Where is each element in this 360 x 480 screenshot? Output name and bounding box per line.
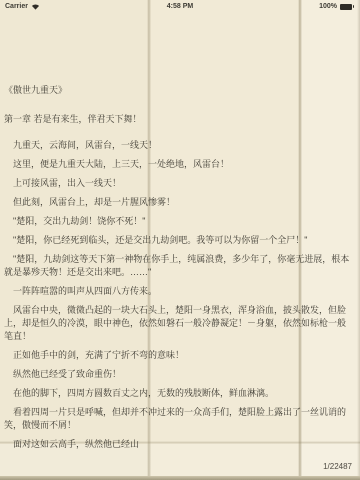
reader-screen: Carrier 4:58 PM 100% 《傲世九重天》 第一章 若是有来生，伴…	[0, 0, 360, 480]
paragraph: 风雷台中央，微微凸起的一块大石头上，楚阳一身黑衣，浑身浴血，披头散发，但脸上，却…	[4, 304, 352, 343]
reading-page[interactable]: 《傲世九重天》 第一章 若是有来生，伴君天下舞！ 九重天，云海间，风雷台，一线天…	[4, 84, 352, 457]
page-indicator: 1/22487	[323, 462, 352, 471]
paragraph: 一阵阵喧嚣的叫声从四面八方传来。	[4, 285, 352, 298]
page-bottom-edge-shadow	[0, 476, 360, 480]
paragraph: 九重天，云海间，风雷台，一线天！	[4, 139, 352, 152]
status-bar-clock: 4:58 PM	[0, 3, 360, 10]
paragraph: "楚阳，九劫剑这等天下第一神物在你手上，纯属浪费，多少年了，你毫无进展，根本就是…	[4, 253, 352, 279]
status-bar: Carrier 4:58 PM 100%	[0, 0, 360, 14]
paragraph: 这里，便是九重天大陆，上三天，一处绝地，风雷台！	[4, 158, 352, 171]
paragraph: 在他的脚下，四周方圆数百丈之内，无数的残肢断体，鲜血淋漓。	[4, 387, 352, 400]
battery-icon	[340, 4, 354, 10]
paragraph: 但此刻，风雷台上，却是一片腥风惨雾！	[4, 196, 352, 209]
paragraph: 正如他手中的剑，充满了宁折不弯的意味！	[4, 349, 352, 362]
battery-percent-label: 100%	[319, 3, 337, 10]
chapter-title: 第一章 若是有来生，伴君天下舞！	[4, 113, 352, 125]
paragraph: 面对这如云高手，纵然他已经山	[4, 438, 352, 451]
paragraph: "楚阳，你已经死到临头，还是交出九劫剑吧。我等可以为你留一个全尸！"	[4, 234, 352, 247]
paragraph: 看着四周一片只是呼喊，但却并不冲过来的一众高手们，楚阳脸上露出了一丝讥诮的笑，傲…	[4, 406, 352, 432]
paragraph: 纵然他已经受了致命重伤！	[4, 368, 352, 381]
paragraph: "楚阳，交出九劫剑！饶你不死！"	[4, 215, 352, 228]
status-bar-right: 100%	[319, 3, 354, 10]
paragraph: 上可接风雷，出入一线天！	[4, 177, 352, 190]
book-title: 《傲世九重天》	[4, 84, 352, 96]
